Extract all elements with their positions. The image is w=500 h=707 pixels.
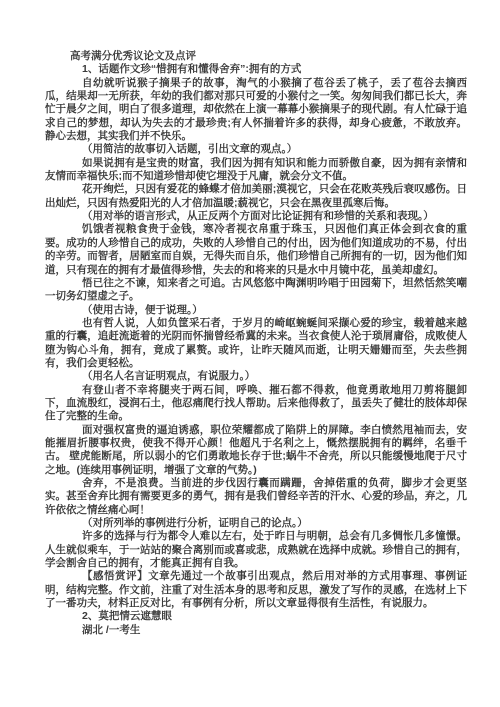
- essay-paragraph: 许多的选择与行为都令人难以左右，处于昨日与明朝，总会有几多惆怅几多憧憬。人生就似…: [45, 530, 467, 570]
- review-paragraph: 【感悟赏评】文章先通过一个故事引出观点，然后用对举的方式用事理、事例证明，结构完…: [45, 570, 467, 610]
- comment-note: （用名人名言证明观点，有说服力。）: [45, 370, 467, 383]
- document-page: 高考满分优秀议论文及点评1、话题作文珍“惜拥有和懂得舍弃”:拥有的方式自幼就听说…: [0, 0, 500, 707]
- comment-note: （使用古诗，便于说理。）: [45, 304, 467, 317]
- essay-paragraph: 有登山者不幸将腿夹于两石间，呼唤、摧石都不得救，他竟勇敢地用刀剪将腿卸下，血流殷…: [45, 384, 467, 424]
- essay-paragraph: 面对强权富贵的逼迫诱惑，职位荣耀都成了陷阱上的屏障。李白愤然甩袖而去，安能摧眉折…: [45, 424, 467, 477]
- document-body: 高考满分优秀议论文及点评1、话题作文珍“惜拥有和懂得舍弃”:拥有的方式自幼就听说…: [45, 50, 467, 637]
- comment-note: （用对举的语言形式，从正反两个方面对比论证拥有和珍惜的关系和表现。）: [45, 210, 467, 223]
- author-line: 湖北 /一考生: [45, 624, 467, 637]
- essay-paragraph: 悟已往之不谏，知来者之可追。古风悠悠中陶渊明吟唱于田园菊下，坦然恬然笑嘲一切务幻…: [45, 277, 467, 304]
- essay-paragraph: 也有哲人说，人如负筐采石者，于岁月的崎岖蜿蜒间采撷心爱的珍宝，载着越来越重的行囊…: [45, 317, 467, 370]
- essay-paragraph: 饥饿者视粮食贵于金钱，寒冷者视衣帛重于珠玉，只因他们真正体会到衣食的重要。成功的…: [45, 223, 467, 276]
- essay-paragraph: 如果说拥有是宝贵的财富，我们因为拥有知识和能力而骄傲自豪，因为拥有亲情和友情而幸…: [45, 157, 467, 184]
- essay-paragraph: 自幼就听说猴子摘果子的故事，淘气的小猴摘了苞谷丢了桃子，丢了苞谷去摘西瓜，结果却…: [45, 77, 467, 144]
- essay-1-topic-heading: 1、话题作文珍“惜拥有和懂得舍弃”:拥有的方式: [45, 63, 467, 76]
- document-title: 高考满分优秀议论文及点评: [45, 50, 467, 63]
- essay-paragraph: 花开绚烂，只因有爱花的蜂蝶才倍加美丽;漠视它，只会在花败英残后衰叹感伤。日出灿烂…: [45, 183, 467, 210]
- essay-paragraph: 舍弃，不是浪费。当前进的步伐因行囊而蹒跚，舍掉偌重的负荷，脚步才会更坚实。甚至舍…: [45, 477, 467, 517]
- comment-note: （用简洁的故事切入话题，引出文章的观点。）: [45, 143, 467, 156]
- essay-2-topic-heading: 2、莫把情云遮慧眼: [45, 610, 467, 623]
- comment-note: （对所列举的事例进行分析，证明自己的论点。）: [45, 517, 467, 530]
